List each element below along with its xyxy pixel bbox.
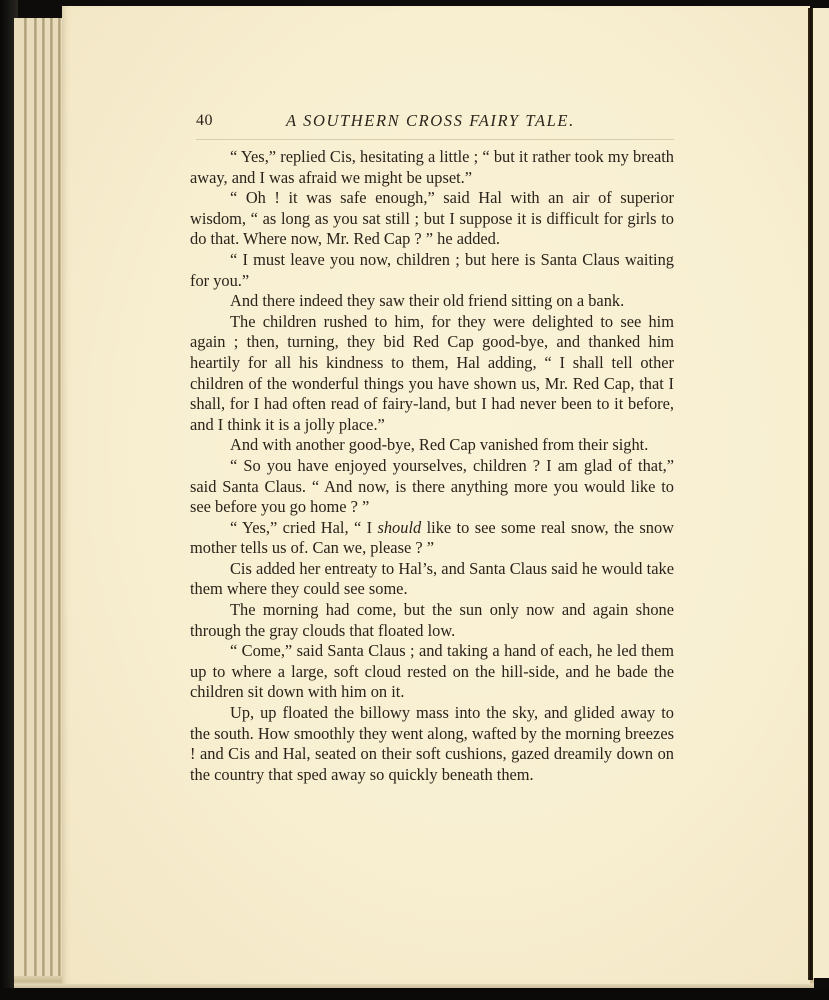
book-cover-bottom [0, 988, 829, 1000]
page-edge [34, 18, 37, 990]
paragraph: Up, up floated the billowy mass into the… [190, 703, 674, 785]
paragraph: And with another good-bye, Red Cap vanis… [190, 435, 674, 456]
page-edge [24, 18, 27, 990]
page-edge [50, 18, 53, 990]
paragraph: And there indeed they saw their old frie… [190, 291, 674, 312]
adjacent-page-edge [813, 8, 829, 978]
page-edge [42, 18, 45, 990]
page-header: 40 A SOUTHERN CROSS FAIRY TALE. [196, 112, 672, 136]
paragraph: “ So you have enjoyed yourselves, childr… [190, 456, 674, 518]
paragraph: The morning had come, but the sun only n… [190, 600, 674, 641]
paragraph: “ Oh ! it was safe enough,” said Hal wit… [190, 188, 674, 250]
paragraph: “ Come,” said Santa Claus ; and taking a… [190, 641, 674, 703]
paragraph: The children rushed to him, for they wer… [190, 312, 674, 436]
page-number: 40 [196, 112, 213, 130]
paragraph-text: “ Yes,” cried Hal, “ I [230, 518, 377, 537]
emphasized-word: should [377, 518, 421, 537]
paragraph: “ Yes,” cried Hal, “ I should like to se… [190, 518, 674, 559]
running-title: A SOUTHERN CROSS FAIRY TALE. [286, 111, 575, 131]
page-edge [58, 18, 61, 990]
paragraph: Cis added her entreaty to Hal’s, and San… [190, 559, 674, 600]
header-rule [196, 139, 674, 140]
paragraph: “ I must leave you now, children ; but h… [190, 250, 674, 291]
body-text: “ Yes,” replied Cis, hesitating a little… [190, 147, 674, 785]
paragraph: “ Yes,” replied Cis, hesitating a little… [190, 147, 674, 188]
